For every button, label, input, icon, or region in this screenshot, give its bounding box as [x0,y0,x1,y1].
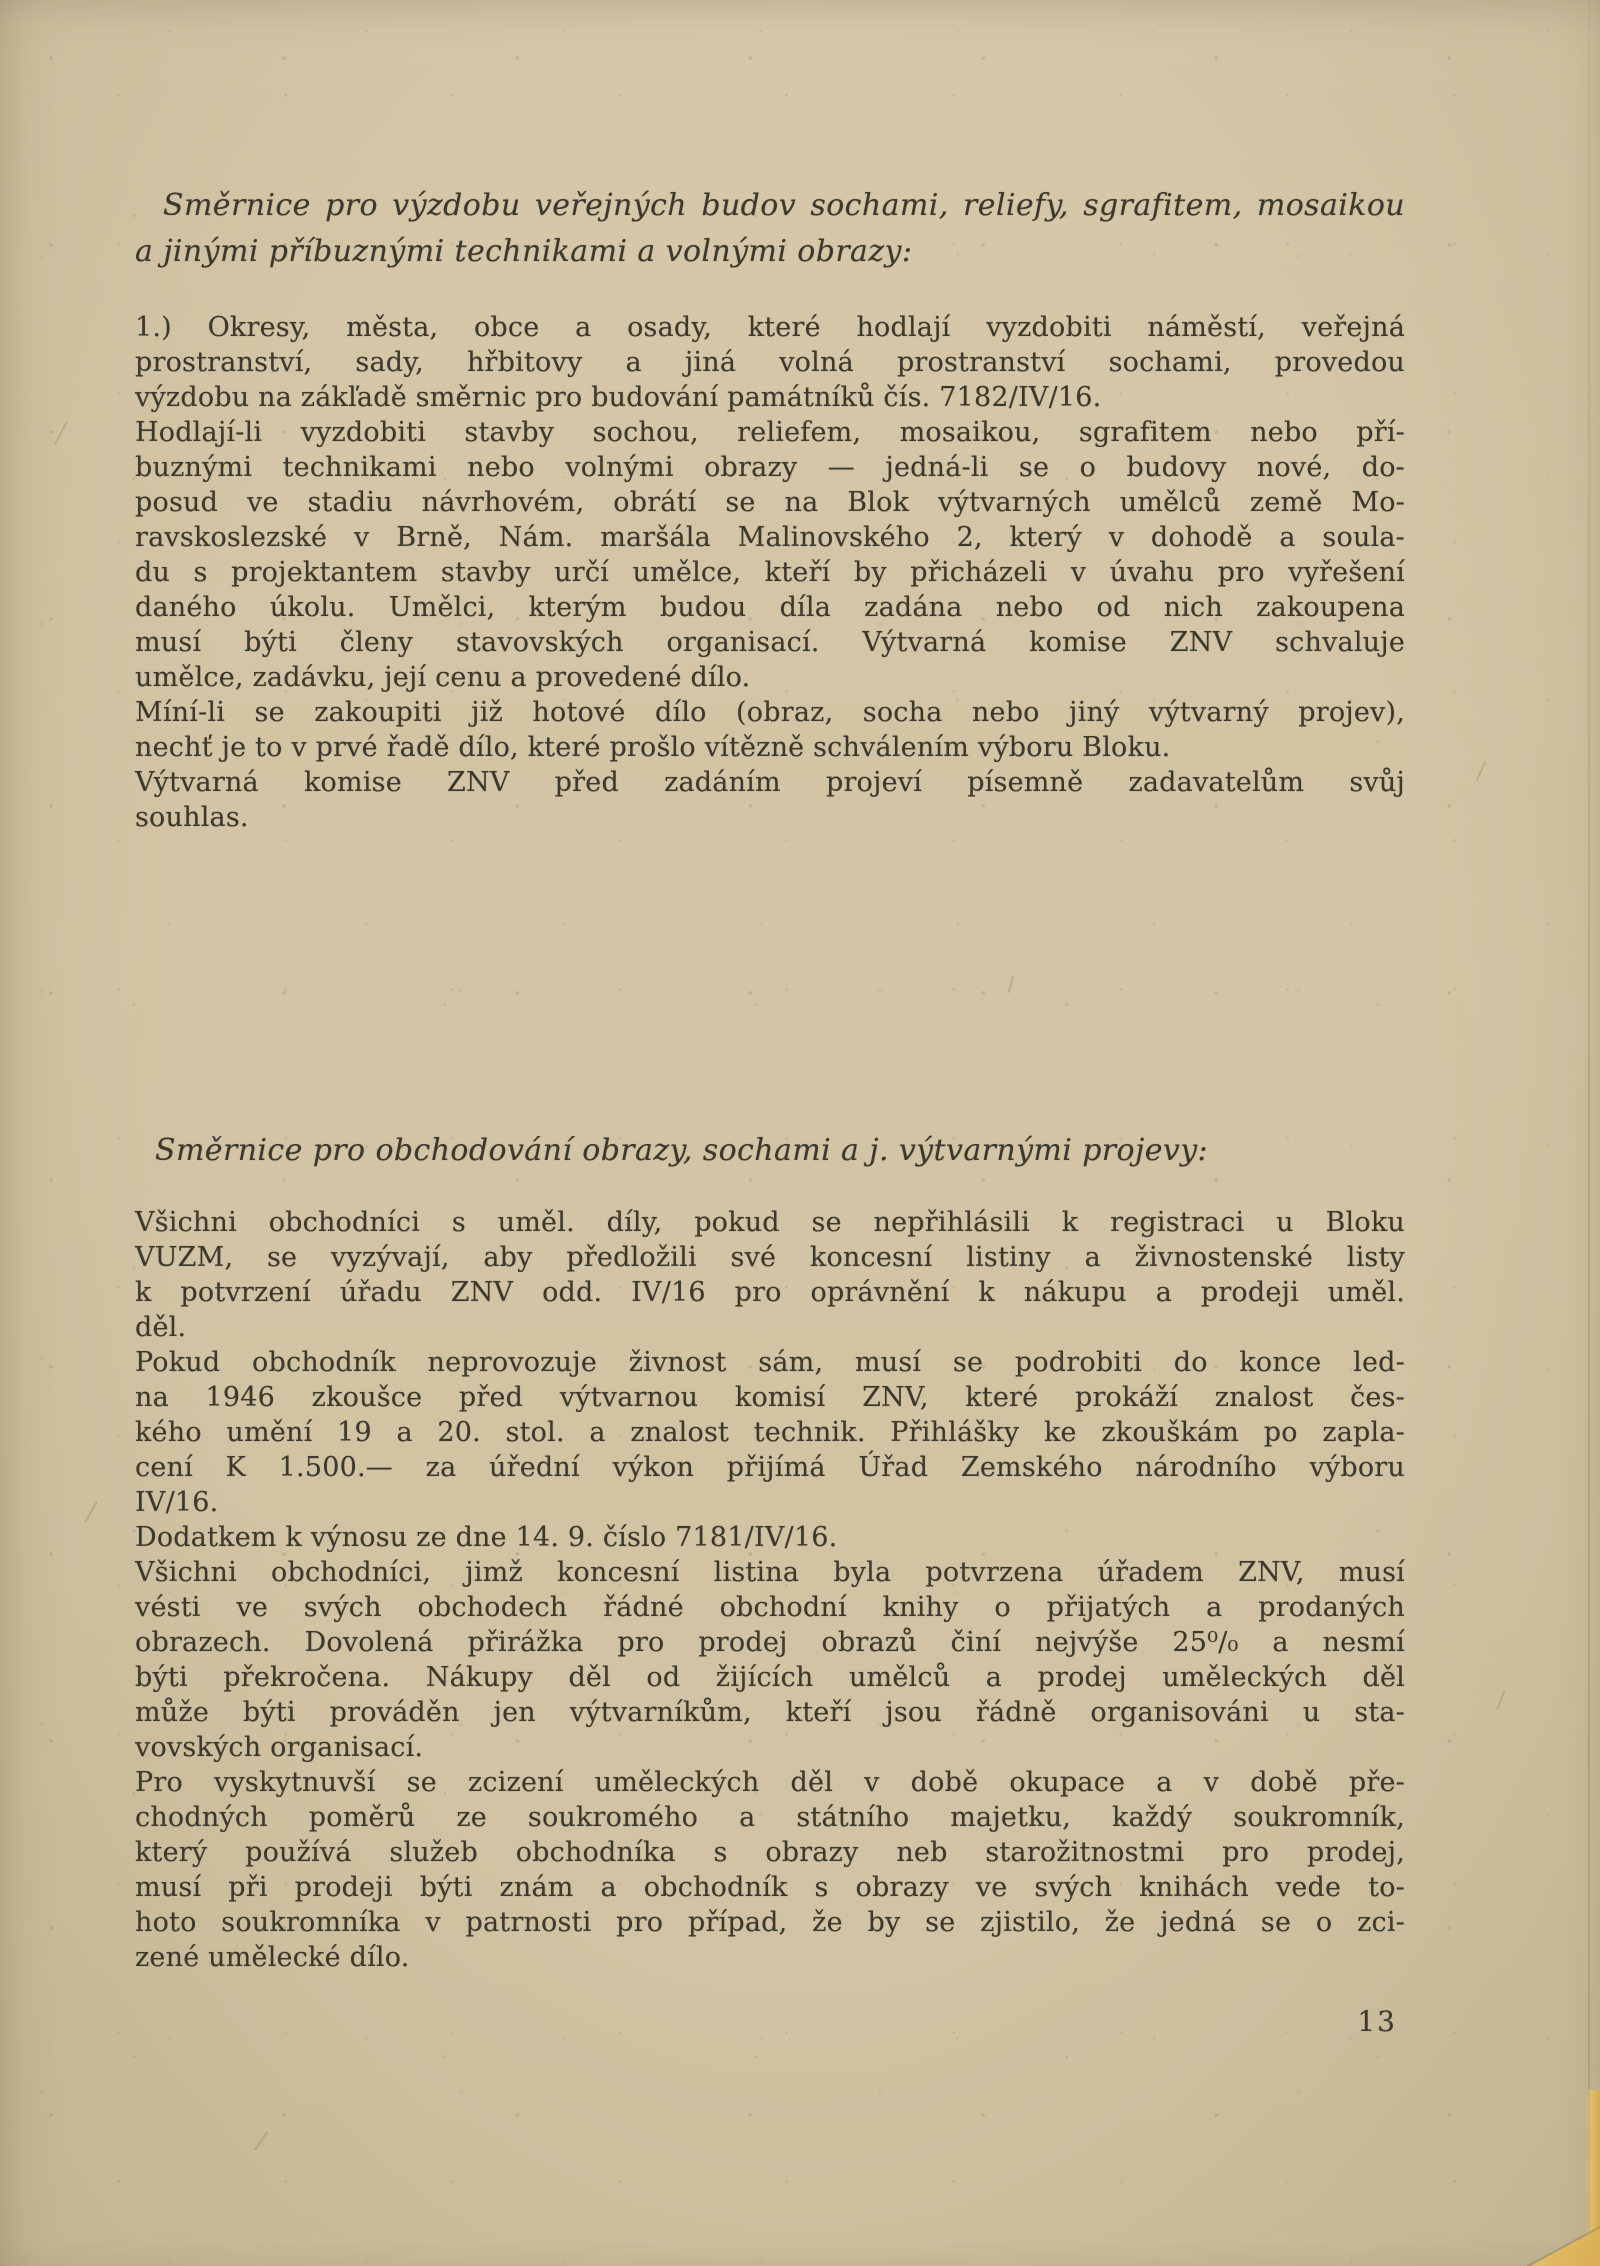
paragraph-last-line: nechť je to v prvé řadě dílo, které proš… [135,730,1405,765]
paragraph-last-line: umělce, zadávku, její cenu a provedené d… [135,660,1405,695]
section1-body: 1.) Okresy, města, obce a osady, které h… [135,310,1405,835]
paragraph: Pro vyskytnuvší se zcizení uměleckých dě… [135,1765,1405,1975]
section1-heading-line1: Směrnice pro výzdobu veřejných budov soc… [135,183,1405,229]
scanned-document-page: Směrnice pro výzdobu veřejných budov soc… [0,0,1600,2266]
paragraph-lines: Výtvarná komise ZNV před zadáním projeví… [135,765,1405,800]
section1-heading-line2: a jinými příbuznými technikami a volnými… [135,229,1405,275]
section2-heading-line: Směrnice pro obchodování obrazy, sochami… [135,1128,1405,1174]
paragraph: Pokud obchodník neprovozuje živnost sám,… [135,1345,1405,1520]
scan-mark [254,2131,268,2150]
paragraph-lines: Všichni obchodníci, jimž koncesní listin… [135,1555,1405,1730]
scan-mark [54,421,68,445]
paragraph-lines: 1.) Okresy, města, obce a osady, které h… [135,310,1405,380]
scan-mark [1476,761,1487,782]
paragraph-last-line: IV/16. [135,1485,1405,1520]
paragraph-lines: Míní-li se zakoupiti již hotové dílo (ob… [135,695,1405,730]
section1-heading: Směrnice pro výzdobu veřejných budov soc… [135,183,1405,275]
page-number: 13 [135,2005,1397,2038]
section2-heading: Směrnice pro obchodování obrazy, sochami… [135,1128,1405,1174]
scan-mark [84,1501,98,1523]
paragraph-lines: Pro vyskytnuvší se zcizení uměleckých dě… [135,1765,1405,1940]
page-edge-line [1588,0,1590,2266]
section2-body: Všichni obchodníci s uměl. díly, pokud s… [135,1205,1405,1975]
paragraph: Míní-li se zakoupiti již hotové dílo (ob… [135,695,1405,765]
paragraph-last-line: souhlas. [135,800,1405,835]
paragraph: Hodlají-li vyzdobiti stavby sochou, reli… [135,415,1405,695]
scan-mark [1497,1690,1506,1709]
paragraph-lines: Pokud obchodník neprovozuje živnost sám,… [135,1345,1405,1485]
paragraph-last-line: zené umělecké dílo. [135,1940,1405,1975]
paragraph-lines: Hodlají-li vyzdobiti stavby sochou, reli… [135,415,1405,660]
paragraph: 1.) Okresy, města, obce a osady, které h… [135,310,1405,415]
paragraph: Dodatkem k výnosu ze dne 14. 9. číslo 71… [135,1520,1405,1555]
scan-mark [1008,975,1015,993]
paragraph-last-line: výzdobu na zákľadě směrnic pro budování … [135,380,1405,415]
paragraph-last-line: vovských organisací. [135,1730,1405,1765]
paragraph: Všichni obchodníci s uměl. díly, pokud s… [135,1205,1405,1345]
paragraph: Všichni obchodníci, jimž koncesní listin… [135,1555,1405,1765]
paragraph: Výtvarná komise ZNV před zadáním projeví… [135,765,1405,835]
paragraph-last-line: Dodatkem k výnosu ze dne 14. 9. číslo 71… [135,1520,1405,1555]
paragraph-last-line: děl. [135,1310,1405,1345]
paragraph-lines: Všichni obchodníci s uměl. díly, pokud s… [135,1205,1405,1310]
